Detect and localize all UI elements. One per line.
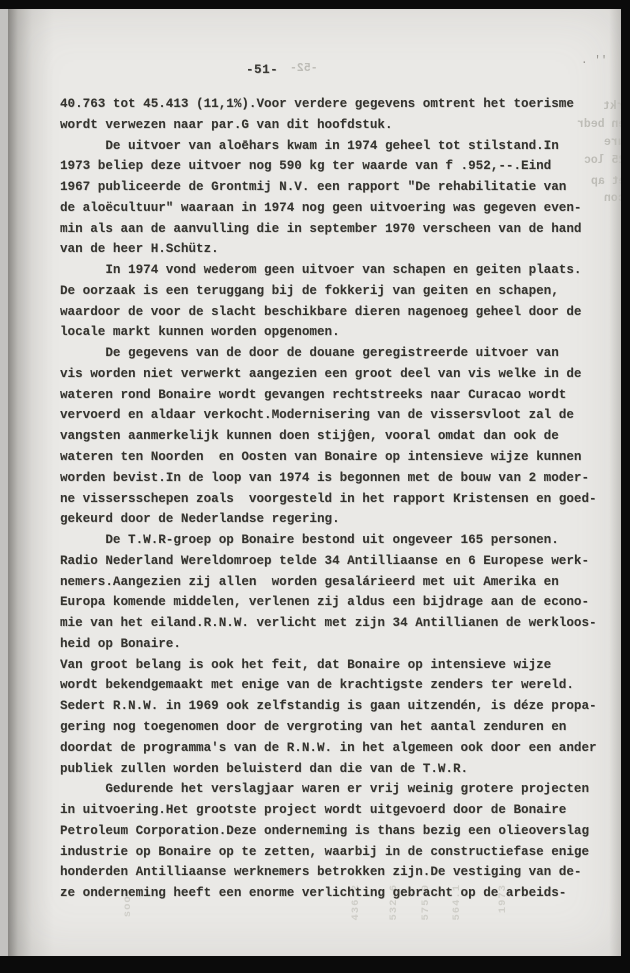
text-line: heid op Bonaire. <box>60 634 597 655</box>
corner-smudge: . '' <box>581 55 607 67</box>
text-line: publiek zullen worden beluisterd dan die… <box>60 759 597 780</box>
text-line: Petroleum Corporation.Deze onderneming i… <box>60 821 597 842</box>
text-line: In 1974 vond wederom geen uitvoer van sc… <box>60 260 597 281</box>
scan-border-top <box>0 0 630 9</box>
text-line: honderden Antilliaanse werknemers betrok… <box>60 862 597 883</box>
text-line: De T.W.R-groep op Bonaire bestond uit on… <box>60 530 597 551</box>
text-line: locale markt kunnen worden opgenomen. <box>60 322 597 343</box>
text-line: waardoor de voor de slacht beschikbare d… <box>60 302 597 323</box>
text-line: 40.763 tot 45.413 (11,1%).Voor verdere g… <box>60 94 597 115</box>
text-line: De gegevens van de door de douane geregi… <box>60 343 597 364</box>
text-line: wordt verwezen naar par.G van dit hoofds… <box>60 115 597 136</box>
text-line: worden bevist.In de loop van 1974 is beg… <box>60 468 597 489</box>
text-line: min als aan de aanvulling die in septemb… <box>60 219 597 240</box>
text-line: vervoerd en aldaar verkocht.Moderniserin… <box>60 405 597 426</box>
scanned-page: markteen bedrdure125 locHet apecon-52- 4… <box>0 0 630 973</box>
scan-border-bottom <box>0 956 630 973</box>
text-line: mie van het eiland.R.N.W. verlicht met z… <box>60 613 597 634</box>
text-line: nemers.Aangezien zij allen worden gesalá… <box>60 572 597 593</box>
text-line: 1973 beliep deze uitvoer nog 590 kg ter … <box>60 156 597 177</box>
text-line: van de heer H.Schütz. <box>60 239 597 260</box>
text-line: de aloëcultuur" waaraan in 1974 nog geen… <box>60 198 597 219</box>
text-line: vangsten aanmerkelijk kunnen doen stijĝe… <box>60 426 597 447</box>
text-line: wateren ten Noorden en Oosten van Bonair… <box>60 447 597 468</box>
text-line: Gedurende het verslagjaar waren er vrij … <box>60 779 597 800</box>
text-line: doordat de programma's van de R.N.W. in … <box>60 738 597 759</box>
text-line: in uitvoering.Het grootste project wordt… <box>60 800 597 821</box>
text-line: De uitvoer van aloēhars kwam in 1974 geh… <box>60 136 597 157</box>
text-line: industrie op Bonaire op te zetten, waarb… <box>60 842 597 863</box>
text-line: wateren rond Bonaire wordt gevangen rech… <box>60 385 597 406</box>
typewritten-text: 40.763 tot 45.413 (11,1%).Voor verdere g… <box>60 94 597 904</box>
text-line: gering nog toegenomen door de vergroting… <box>60 717 597 738</box>
page-number: -51- <box>246 63 278 77</box>
text-line: vis worden niet verwerkt aangezien een g… <box>60 364 597 385</box>
text-line: Sedert R.N.W. in 1969 ook zelfstandig is… <box>60 696 597 717</box>
text-line: Europa komende middelen, verlenen zij al… <box>60 592 597 613</box>
text-line: Van groot belang is ook het feit, dat Bo… <box>60 655 597 676</box>
text-line: ne vissersschepen zoals voorgesteld in h… <box>60 489 597 510</box>
text-line: 1967 publiceerde de Grontmij N.V. een ra… <box>60 177 597 198</box>
text-line: wordt bekendgemaakt met enige van de kra… <box>60 675 597 696</box>
text-line: ze onderneming heeft een enorme verlicht… <box>60 883 597 904</box>
text-line: De oorzaak is een teruggang bij de fokke… <box>60 281 597 302</box>
text-line: gekeurd door de Nederlandse regering. <box>60 509 597 530</box>
text-line: Radio Nederland Wereldomroep telde 34 An… <box>60 551 597 572</box>
scan-border-right <box>621 0 630 973</box>
